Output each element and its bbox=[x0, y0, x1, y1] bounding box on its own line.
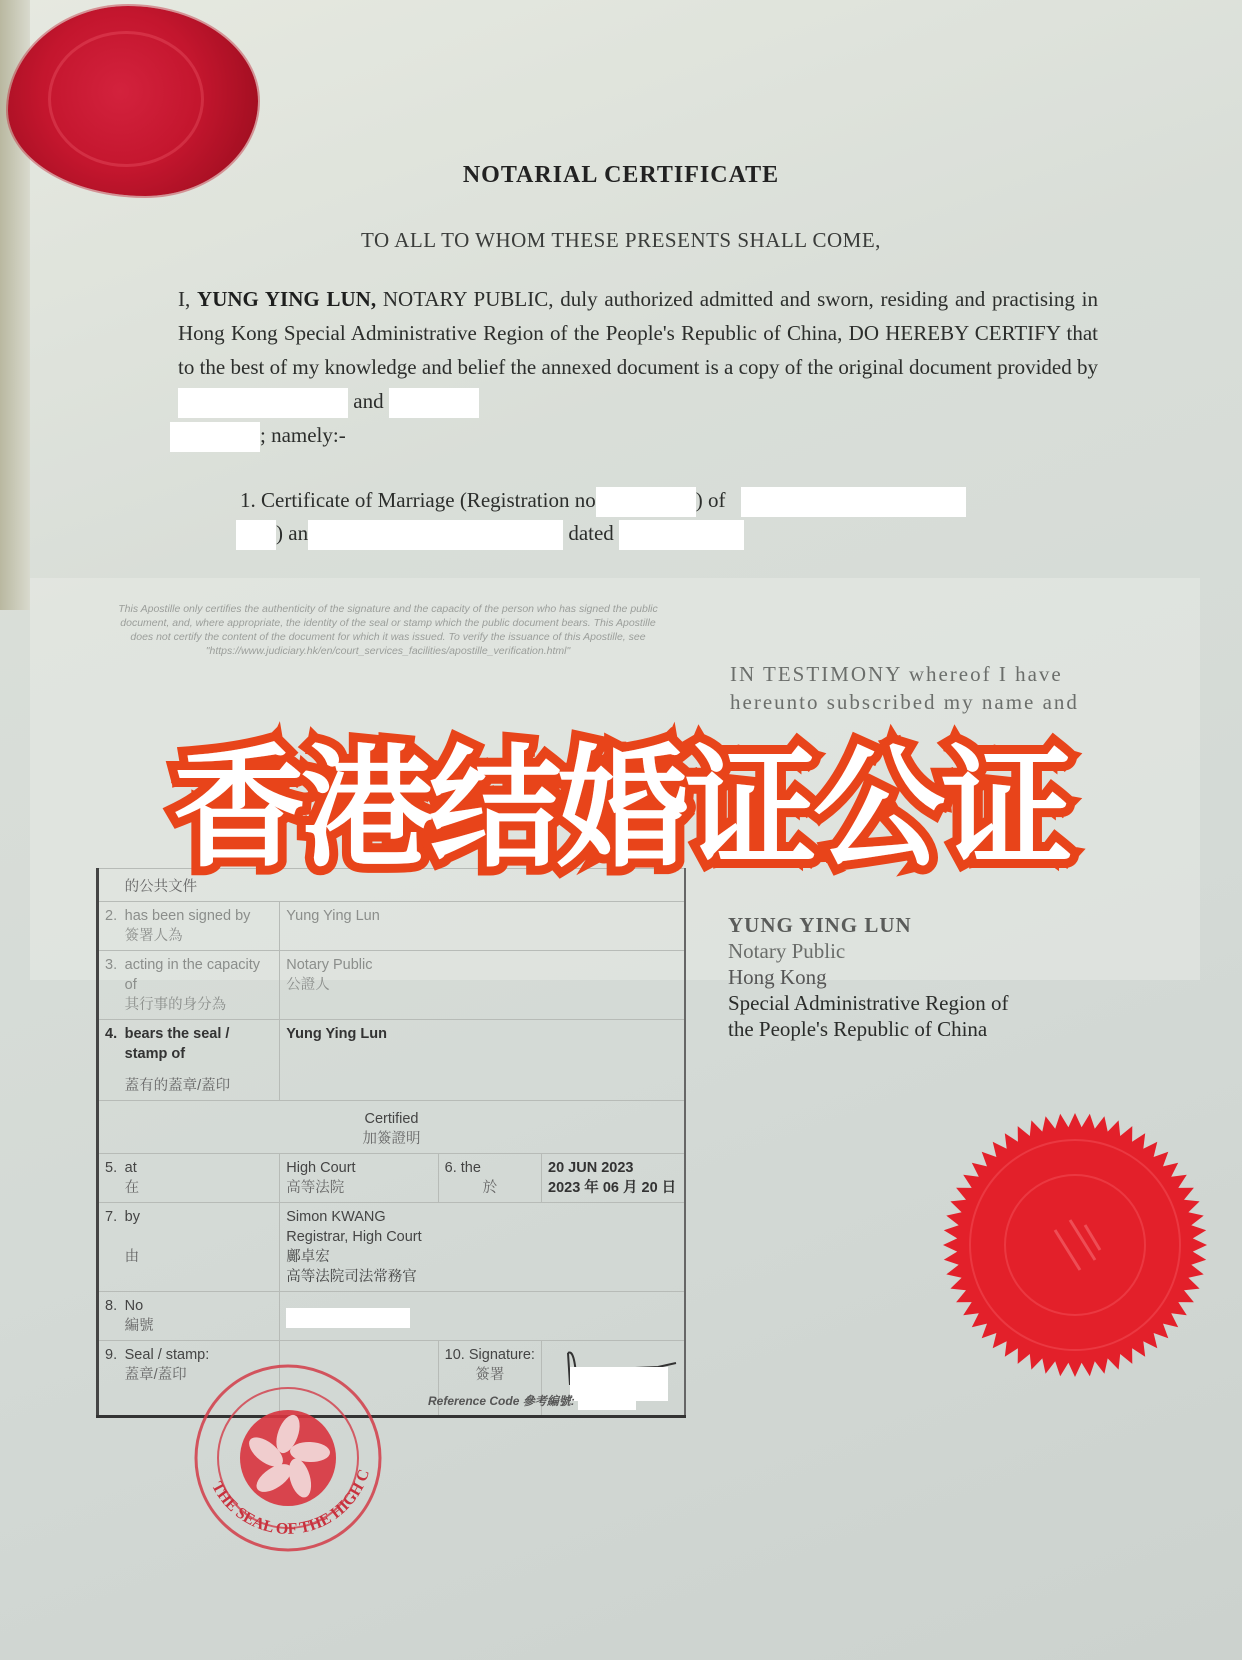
table-row: 7. by由 Simon KWANGRegistrar, High Court鄺… bbox=[98, 1203, 686, 1292]
table-row: 5. at在 High Court高等法院 6. the於 20 JUN 202… bbox=[98, 1154, 686, 1203]
table-row: 3. acting in the capacity of其行事的身分為 Nota… bbox=[98, 951, 686, 1020]
reference-code: Reference Code 參考編號: bbox=[428, 1392, 636, 1410]
redacted-date bbox=[619, 520, 744, 550]
redacted-ref-code bbox=[578, 1394, 636, 1410]
document-item-1: 1. Certificate of Marriage (Registration… bbox=[240, 484, 1100, 550]
apostille-note: This Apostille only certifies the authen… bbox=[108, 602, 668, 658]
table-row: 4. bears the seal / stamp of蓋有的蓋章/蓋印 Yun… bbox=[98, 1020, 686, 1101]
salutation: TO ALL TO WHOM THESE PRESENTS SHALL COME… bbox=[0, 228, 1242, 253]
notary-name: YUNG YING LUN, bbox=[197, 287, 376, 311]
redacted-name-1 bbox=[178, 388, 348, 418]
redacted-reg-no bbox=[596, 487, 696, 517]
redacted-party-1b bbox=[236, 520, 276, 550]
high-court-seal-icon: THE SEAL OF THE HIGH COURT bbox=[178, 1358, 398, 1558]
certification-paragraph: I, YUNG YING LUN, NOTARY PUBLIC, duly au… bbox=[178, 282, 1098, 452]
overlay-banner-title: 香港结婚证公证香港结婚证公证 bbox=[0, 702, 1242, 892]
notary-embossed-seal-icon bbox=[940, 1110, 1210, 1380]
apostille-table: 的公共文件 2. has been signed by簽署人為 Yung Yin… bbox=[96, 868, 686, 1418]
document-title: NOTARIAL CERTIFICATE bbox=[0, 162, 1242, 189]
redacted-party-2 bbox=[308, 520, 563, 550]
table-row: 8. No編號 bbox=[98, 1292, 686, 1341]
redacted-name-3 bbox=[170, 422, 260, 452]
redacted-name-2 bbox=[389, 388, 479, 418]
table-row: 2. has been signed by簽署人為 Yung Ying Lun bbox=[98, 902, 686, 951]
redacted-party-1 bbox=[741, 487, 966, 517]
signature-block: YUNG YING LUN Notary Public Hong Kong Sp… bbox=[728, 912, 1009, 1042]
redacted-apostille-no bbox=[286, 1308, 410, 1328]
